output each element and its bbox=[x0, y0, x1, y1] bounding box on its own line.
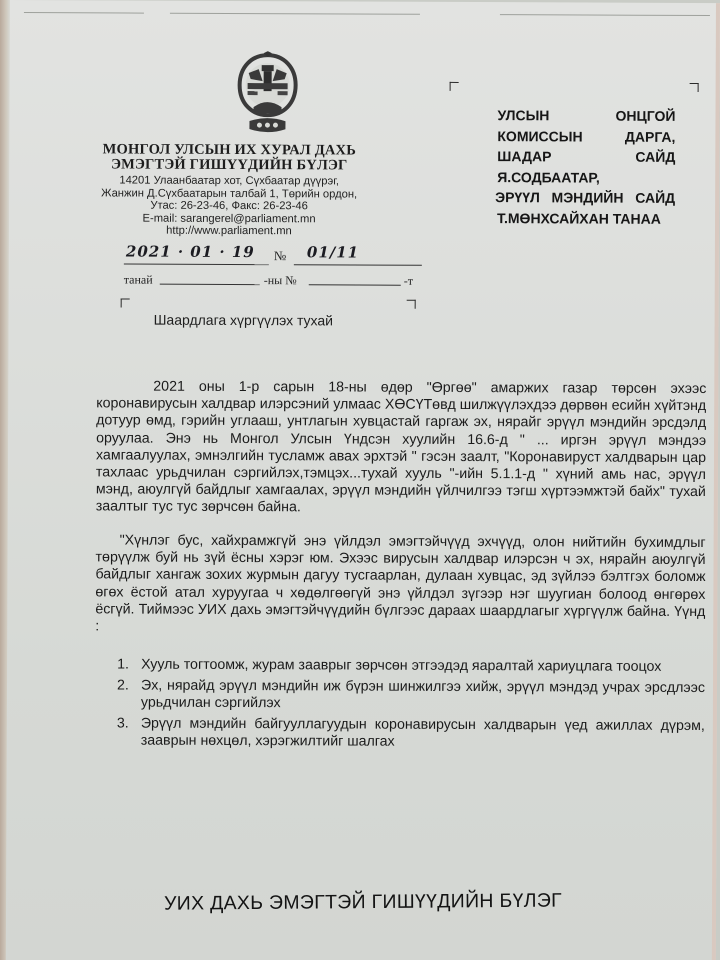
item-text: Эрүүл мэндийн байгууллагуудын коронавиру… bbox=[141, 715, 705, 750]
number-underline bbox=[294, 264, 422, 266]
letter-subject: Шаардлага хүргүүлэх тухай bbox=[154, 312, 334, 329]
paragraph-text: 2021 оны 1-р сарын 18-ны өдөр "Өргөө" ам… bbox=[96, 379, 707, 516]
number-label: № bbox=[274, 248, 286, 264]
addressee-line: ЭРҮҮЛ МЭНДИЙН САЙД bbox=[495, 187, 675, 208]
ref-blank-line bbox=[309, 284, 401, 285]
addressee-line: ШАДАР САЙД bbox=[497, 146, 675, 167]
date-underline bbox=[124, 263, 269, 265]
bracket-mark bbox=[450, 82, 459, 91]
ref-blank-line bbox=[160, 284, 260, 285]
paragraph-text: "Хүнлэг бус, хайхрамжгүй энэ үйлдэл эмэг… bbox=[95, 532, 705, 634]
addressee-block: УЛСЫН ОНЦГОЙ КОМИССЫН ДАРГА, ШАДАР САЙД … bbox=[497, 105, 676, 229]
reference-row: танай -ны № -т bbox=[124, 272, 424, 289]
fold-line bbox=[500, 14, 710, 16]
mongolia-state-emblem-icon bbox=[231, 51, 303, 135]
item-number: 1. bbox=[117, 656, 129, 674]
item-text: Эх, нярайд эрүүл мэндийн иж бүрэн шинжил… bbox=[141, 677, 705, 711]
fold-line bbox=[170, 13, 420, 15]
org-title-line: ЭМЭГТЭЙ ГИШҮҮДИЙН БҮЛЭГ bbox=[9, 157, 449, 174]
addressee-line: УЛСЫН ОНЦГОЙ bbox=[497, 105, 675, 126]
ref-prefix: танай bbox=[124, 272, 153, 287]
signature-org: УИХ ДАХЬ ЭМЭГТЭЙ ГИШҮҮДИЙН БҮЛЭГ bbox=[164, 890, 562, 916]
requirements-list: 1.Хууль тогтоомж, журам зааврыг зөрчсөн … bbox=[117, 656, 705, 755]
bracket-mark bbox=[407, 300, 416, 309]
ref-middle: -ны № bbox=[264, 273, 297, 288]
bracket-mark bbox=[121, 298, 130, 307]
page-edge-right bbox=[712, 3, 720, 960]
item-number: 2. bbox=[117, 677, 129, 695]
handwritten-date: 2021 · 01 · 19 bbox=[126, 243, 255, 262]
requirement-item: 2.Эх, нярайд эрүүл мэндийн иж бүрэн шинж… bbox=[117, 677, 705, 715]
org-contact-block: 14201 Улаанбаатар хот, Сүхбаатар дүүрэг,… bbox=[9, 174, 449, 238]
fold-line bbox=[24, 12, 144, 14]
body-paragraph-1: 2021 оны 1-р сарын 18-ны өдөр "Өргөө" ам… bbox=[96, 378, 707, 518]
website-line: http://www.parliament.mn bbox=[9, 224, 449, 238]
bracket-mark bbox=[690, 83, 699, 92]
handwritten-number: 01/11 bbox=[307, 243, 359, 261]
org-title: МОНГОЛ УЛСЫН ИХ ХУРАЛ ДАХЬ ЭМЭГТЭЙ ГИШҮҮ… bbox=[9, 142, 449, 174]
letter-page: МОНГОЛ УЛСЫН ИХ ХУРАЛ ДАХЬ ЭМЭГТЭЙ ГИШҮҮ… bbox=[6, 0, 720, 960]
requirement-item: 3.Эрүүл мэндийн байгууллагуудын коронави… bbox=[117, 715, 705, 753]
addressee-line: Я.СОДБААТАР, bbox=[497, 167, 675, 188]
ref-suffix: -т bbox=[404, 274, 413, 289]
requirement-item: 1.Хууль тогтоомж, журам зааврыг зөрчсөн … bbox=[117, 656, 705, 676]
addressee-line: Т.МӨНХСАЙХАН ТАНАА bbox=[497, 208, 675, 229]
addressee-line: КОМИССЫН ДАРГА, bbox=[497, 126, 675, 147]
registry-row: 2021 · 01 · 19 № 01/11 bbox=[124, 242, 424, 267]
item-text: Хууль тогтоомж, журам зааврыг зөрчсөн эт… bbox=[141, 657, 661, 675]
item-number: 3. bbox=[117, 715, 129, 733]
body-paragraph-2: "Хүнлэг бус, хайхрамжгүй энэ үйлдэл эмэг… bbox=[95, 532, 705, 638]
